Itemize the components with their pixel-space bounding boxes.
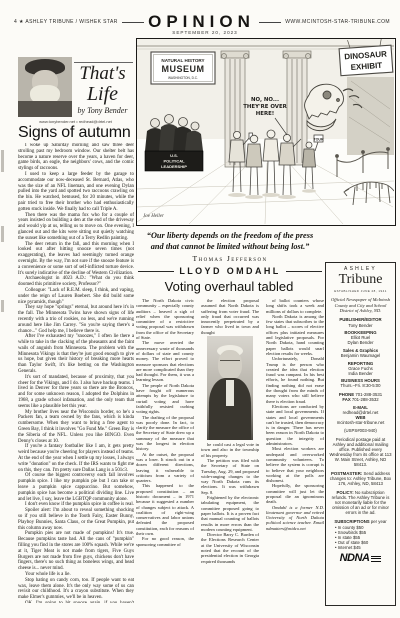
staff-entry: PUBLISHER/EDITOR Tony Bender bbox=[329, 317, 392, 327]
staff-entry: BUSINESS HOURS Thurs.–Fri. 8:30-5:00 bbox=[329, 378, 392, 388]
scan-artifact bbox=[1, 300, 4, 312]
article-paragraph: After I've exhausted my "snoozes," I oft… bbox=[18, 334, 134, 375]
speech-line2: THEY'RE OVER bbox=[243, 104, 287, 110]
article-paragraph: I used to keep a large feeder by the gar… bbox=[18, 172, 134, 213]
web-address: mcintosh-star-tribune.net bbox=[329, 420, 392, 425]
article-paragraph: Hopefully, the sponsoring committee will… bbox=[266, 483, 324, 504]
signs-of-autumn-body: I woke up Saturday morning and saw three… bbox=[18, 143, 134, 603]
museum-sign-line3: WASHINGTON, D.C. bbox=[168, 76, 198, 80]
shoulders-shape bbox=[18, 101, 72, 117]
article-paragraph: Colleague: "Lack of R.E.M. sleep, I thin… bbox=[18, 288, 134, 305]
article-paragraph: I woke up Saturday morning and saw three… bbox=[18, 143, 134, 172]
website-url: WWW.MCINTOSH-STAR-TRIBUNE.COM bbox=[285, 19, 390, 25]
article-paragraph: of ballot counters whose long shifts too… bbox=[266, 298, 324, 314]
ndna-logo-lines bbox=[371, 556, 381, 563]
masthead-established: ESTABLISHED JUNE 28, 1941 bbox=[329, 289, 392, 294]
article-paragraph: North Dakota is among the few states tha… bbox=[266, 314, 324, 356]
columnist-byline: LLOYD OMDAHL bbox=[138, 266, 322, 276]
subscription-rate: • Internet $45 bbox=[335, 545, 392, 550]
byline-rule-right bbox=[286, 271, 322, 272]
article-paragraph: The move averted the unnecessary waste o… bbox=[136, 340, 194, 382]
postage-note: Periodical postage paid at Ashley and ad… bbox=[329, 437, 392, 468]
column-title-line1: That's bbox=[72, 64, 133, 84]
article-paragraph: Of course the biggest controversy each f… bbox=[18, 473, 134, 502]
article-paragraph: The people of North Dakota have fought o… bbox=[136, 383, 194, 415]
paper-name: ASHLEY TRIBUNE / WISHEK STAR bbox=[25, 19, 117, 25]
newspaper-opinion-page: 4 ★ ASHLEY TRIBUNE / WISHEK STAR OPINION… bbox=[0, 0, 400, 618]
byline-rule-left bbox=[138, 271, 174, 272]
column-2-top: the election proposal assumed that North… bbox=[201, 298, 259, 335]
cartoonist-signature: Joe Heller bbox=[143, 214, 164, 219]
museum-sign-line1: NATURAL HISTORY bbox=[161, 58, 204, 63]
subscriptions-per-year: per year bbox=[371, 519, 387, 524]
quote-line1: “Our liberty depends on the freedom of t… bbox=[138, 231, 322, 242]
staff-names: Grace Fuchs India Bender bbox=[329, 366, 392, 376]
staff-entry: Sales & Graphics Benjamin Waumagel bbox=[329, 348, 392, 358]
article-paragraph: It's sort of mandated, because of proxim… bbox=[18, 375, 134, 410]
article-paragraph: Stop hating on candy corn, too. If peopl… bbox=[18, 578, 134, 601]
article-paragraph: Director Barry C. Burden of the Election… bbox=[201, 532, 259, 564]
article-paragraph: The deer return in the fall, and this mo… bbox=[18, 242, 134, 277]
official-newspaper-note: Official Newspaper of McIntosh County an… bbox=[329, 297, 392, 313]
postmaster-note: POSTMASTER: Send address changes to: Ash… bbox=[329, 471, 392, 486]
article-paragraph: Pumpkin pies are not made of pumpkins! I… bbox=[18, 531, 134, 572]
voting-overhaul-body: The North Dakota civic community – espec… bbox=[136, 298, 324, 598]
scan-artifact bbox=[1, 150, 4, 172]
group-label-line3: LEADERSHIP bbox=[161, 164, 187, 169]
article-paragraph: For no good reason, the sponsoring commi… bbox=[136, 536, 194, 547]
staff-entry: BOOKKEEPING Elliot Ruel Dylan Bender bbox=[329, 330, 392, 345]
staff-names: Benjamin Waumagel bbox=[329, 353, 392, 358]
article-paragraph: the election proposal assumed that North… bbox=[201, 298, 259, 335]
subscriptions-block: SUBSCRIPTIONS per year • In county $50• … bbox=[329, 519, 392, 551]
article-paragraph: At the outset, the proposal was a loser.… bbox=[136, 452, 194, 484]
column-2-bottom: he could cast a legal vote in town and a… bbox=[201, 442, 259, 564]
usps-number: (USPS#003-940) bbox=[329, 428, 392, 433]
ndna-logo-text: NDNA bbox=[340, 556, 370, 561]
subscriptions-label: SUBSCRIPTIONS bbox=[334, 519, 369, 524]
section-title: OPINION bbox=[148, 12, 255, 32]
masthead-box: ASHLEY Tribune ESTABLISHED JUNE 28, 1941… bbox=[325, 262, 396, 606]
page-number: 4 bbox=[14, 19, 17, 25]
page-header: 4 ★ ASHLEY TRIBUNE / WISHEK STAR OPINION… bbox=[14, 12, 390, 32]
article-paragraph: Elections are conducted by state and loc… bbox=[266, 404, 324, 446]
editorial-cartoon: NATURAL HISTORY MUSEUM WASHINGTON, D.C. … bbox=[136, 38, 396, 226]
staff-entry: REPORTING Grace Fuchs India Bender bbox=[329, 361, 392, 376]
staff-names: Thurs.–Fri. 8:30-5:00 bbox=[329, 383, 392, 388]
omdahl-bio: Omdahl is a former N.D. lieutenant gover… bbox=[266, 505, 324, 531]
column-3-paragraphs: of ballot counters whose long shifts too… bbox=[266, 298, 324, 505]
quote-line2: and that cannot be limited without being… bbox=[138, 242, 322, 253]
masthead-name: Tribune bbox=[329, 273, 392, 287]
staff-list: PUBLISHER/EDITOR Tony Bender BOOKKEEPING… bbox=[329, 317, 392, 388]
fax-label: FAX bbox=[342, 397, 350, 402]
signs-of-autumn-headline: Signs of autumn bbox=[18, 124, 136, 142]
shirt-shape bbox=[226, 380, 234, 406]
article-column-2: the election proposal assumed that North… bbox=[201, 298, 259, 598]
article-paragraph: My brother lives near the Wisconsin bord… bbox=[18, 410, 134, 445]
article-paragraph: Then there was the mama fox who for a co… bbox=[18, 213, 134, 242]
quote-attribution: Thomas Jefferson bbox=[138, 254, 322, 263]
head-shape bbox=[218, 350, 242, 380]
header-rule-left bbox=[122, 22, 144, 23]
article-paragraph: This happened to the proposed constituti… bbox=[136, 483, 194, 536]
article-paragraph: Unfortunately, Donald Trump is the perso… bbox=[266, 356, 324, 404]
header-rule-right bbox=[259, 22, 281, 23]
star-icon: ★ bbox=[19, 19, 24, 25]
article-paragraph: OK, I'm going to hit snooze again, if yo… bbox=[18, 601, 134, 603]
museum-sign: NATURAL HISTORY MUSEUM WASHINGTON, D.C. bbox=[151, 52, 215, 84]
tour-sign: TOUR bbox=[313, 138, 324, 142]
voting-overhaul-headline: Voting overhaul tabled bbox=[136, 279, 322, 294]
article-paragraph: Most election workers are underpaid and … bbox=[266, 446, 324, 483]
subscription-rates: • In county $50• Snowbirds $55• In state… bbox=[329, 525, 392, 550]
page-date: SEPTEMBER 20, 2023 bbox=[120, 30, 290, 35]
group-label-line1: U.S. bbox=[170, 153, 178, 158]
cartoon-drawing: NATURAL HISTORY MUSEUM WASHINGTON, D.C. … bbox=[137, 39, 394, 224]
column-title-line2: Life bbox=[72, 84, 133, 104]
article-paragraph: The drafting of the proposal was poorly … bbox=[136, 415, 194, 452]
article-paragraph: Spoiler alert: I'm about to reveal somet… bbox=[18, 508, 134, 531]
article-paragraph: Archaeologist in 4023 A.D.: "What do you… bbox=[18, 276, 134, 288]
ndna-logo: NDNA bbox=[329, 556, 392, 563]
staff-names: Elliot Ruel Dylan Bender bbox=[329, 335, 392, 345]
speech-line1: NO, NO... bbox=[251, 97, 279, 103]
column-byline: by Tony Bender bbox=[72, 106, 133, 116]
museum-sign-line2: MUSEUM bbox=[162, 64, 205, 74]
article-paragraph: Frightened by the electronic tabulating … bbox=[201, 495, 259, 532]
staff-names: Tony Bender bbox=[329, 323, 392, 328]
fax-number: 701-288-3532 bbox=[352, 397, 379, 402]
article-paragraph: he could cast a legal vote in town and a… bbox=[201, 442, 259, 458]
group-label-line2: POLITICAL bbox=[163, 159, 185, 164]
lloyd-omdahl-photo bbox=[207, 336, 253, 440]
article-paragraph: The petition was filed with the Secretar… bbox=[201, 458, 259, 495]
article-paragraph: If you're a fantasy footballer like I am… bbox=[18, 444, 134, 473]
article-paragraph: They say hope "springs" eternal, but aro… bbox=[18, 305, 134, 334]
speech-line3: HERE! bbox=[256, 111, 275, 117]
tony-bender-photo bbox=[18, 57, 72, 117]
glasses-shape bbox=[220, 360, 240, 365]
fax-line: FAX 701-288-3532 bbox=[329, 397, 392, 402]
column-title: That's Life by Tony Bender bbox=[72, 64, 133, 116]
press-freedom-quote: “Our liberty depends on the freedom of t… bbox=[138, 231, 322, 263]
article-column-1: The North Dakota civic community – espec… bbox=[136, 298, 194, 598]
columnist-name: LLOYD OMDAHL bbox=[179, 266, 280, 276]
page-number-and-paper: 4 ★ ASHLEY TRIBUNE / WISHEK STAR bbox=[14, 19, 118, 25]
policy-note: POLICY: No subscription refunds. The Ash… bbox=[329, 490, 392, 515]
scan-artifact bbox=[1, 226, 4, 242]
article-column-3: of ballot counters whose long shifts too… bbox=[266, 298, 324, 598]
article-paragraph: The North Dakota civic community – espec… bbox=[136, 298, 194, 340]
exhibit-backdrop bbox=[347, 77, 394, 155]
